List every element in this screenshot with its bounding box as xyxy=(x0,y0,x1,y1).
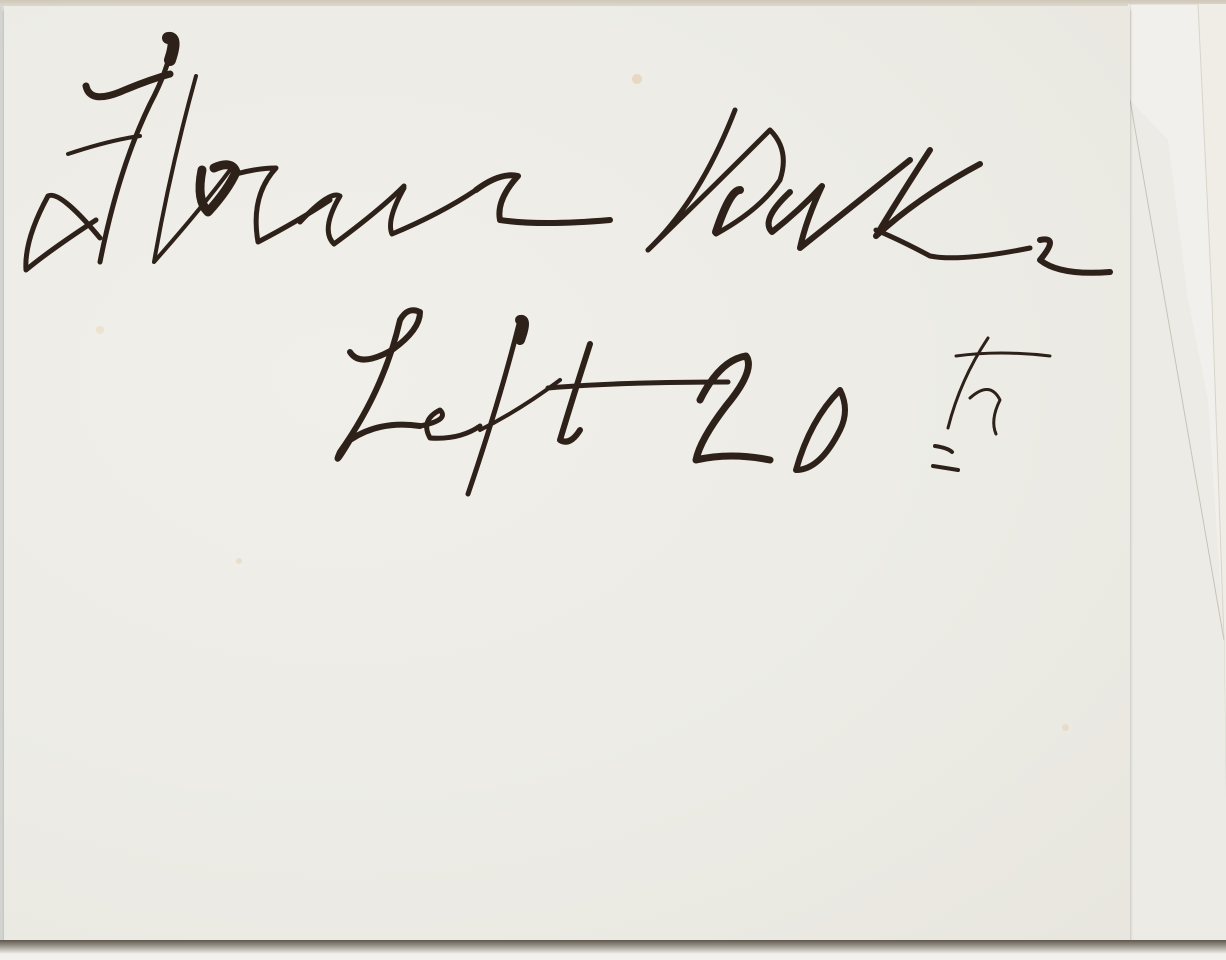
handwritten-name xyxy=(26,38,1110,273)
handwritten-date xyxy=(338,310,1050,494)
handwriting xyxy=(0,0,1226,960)
